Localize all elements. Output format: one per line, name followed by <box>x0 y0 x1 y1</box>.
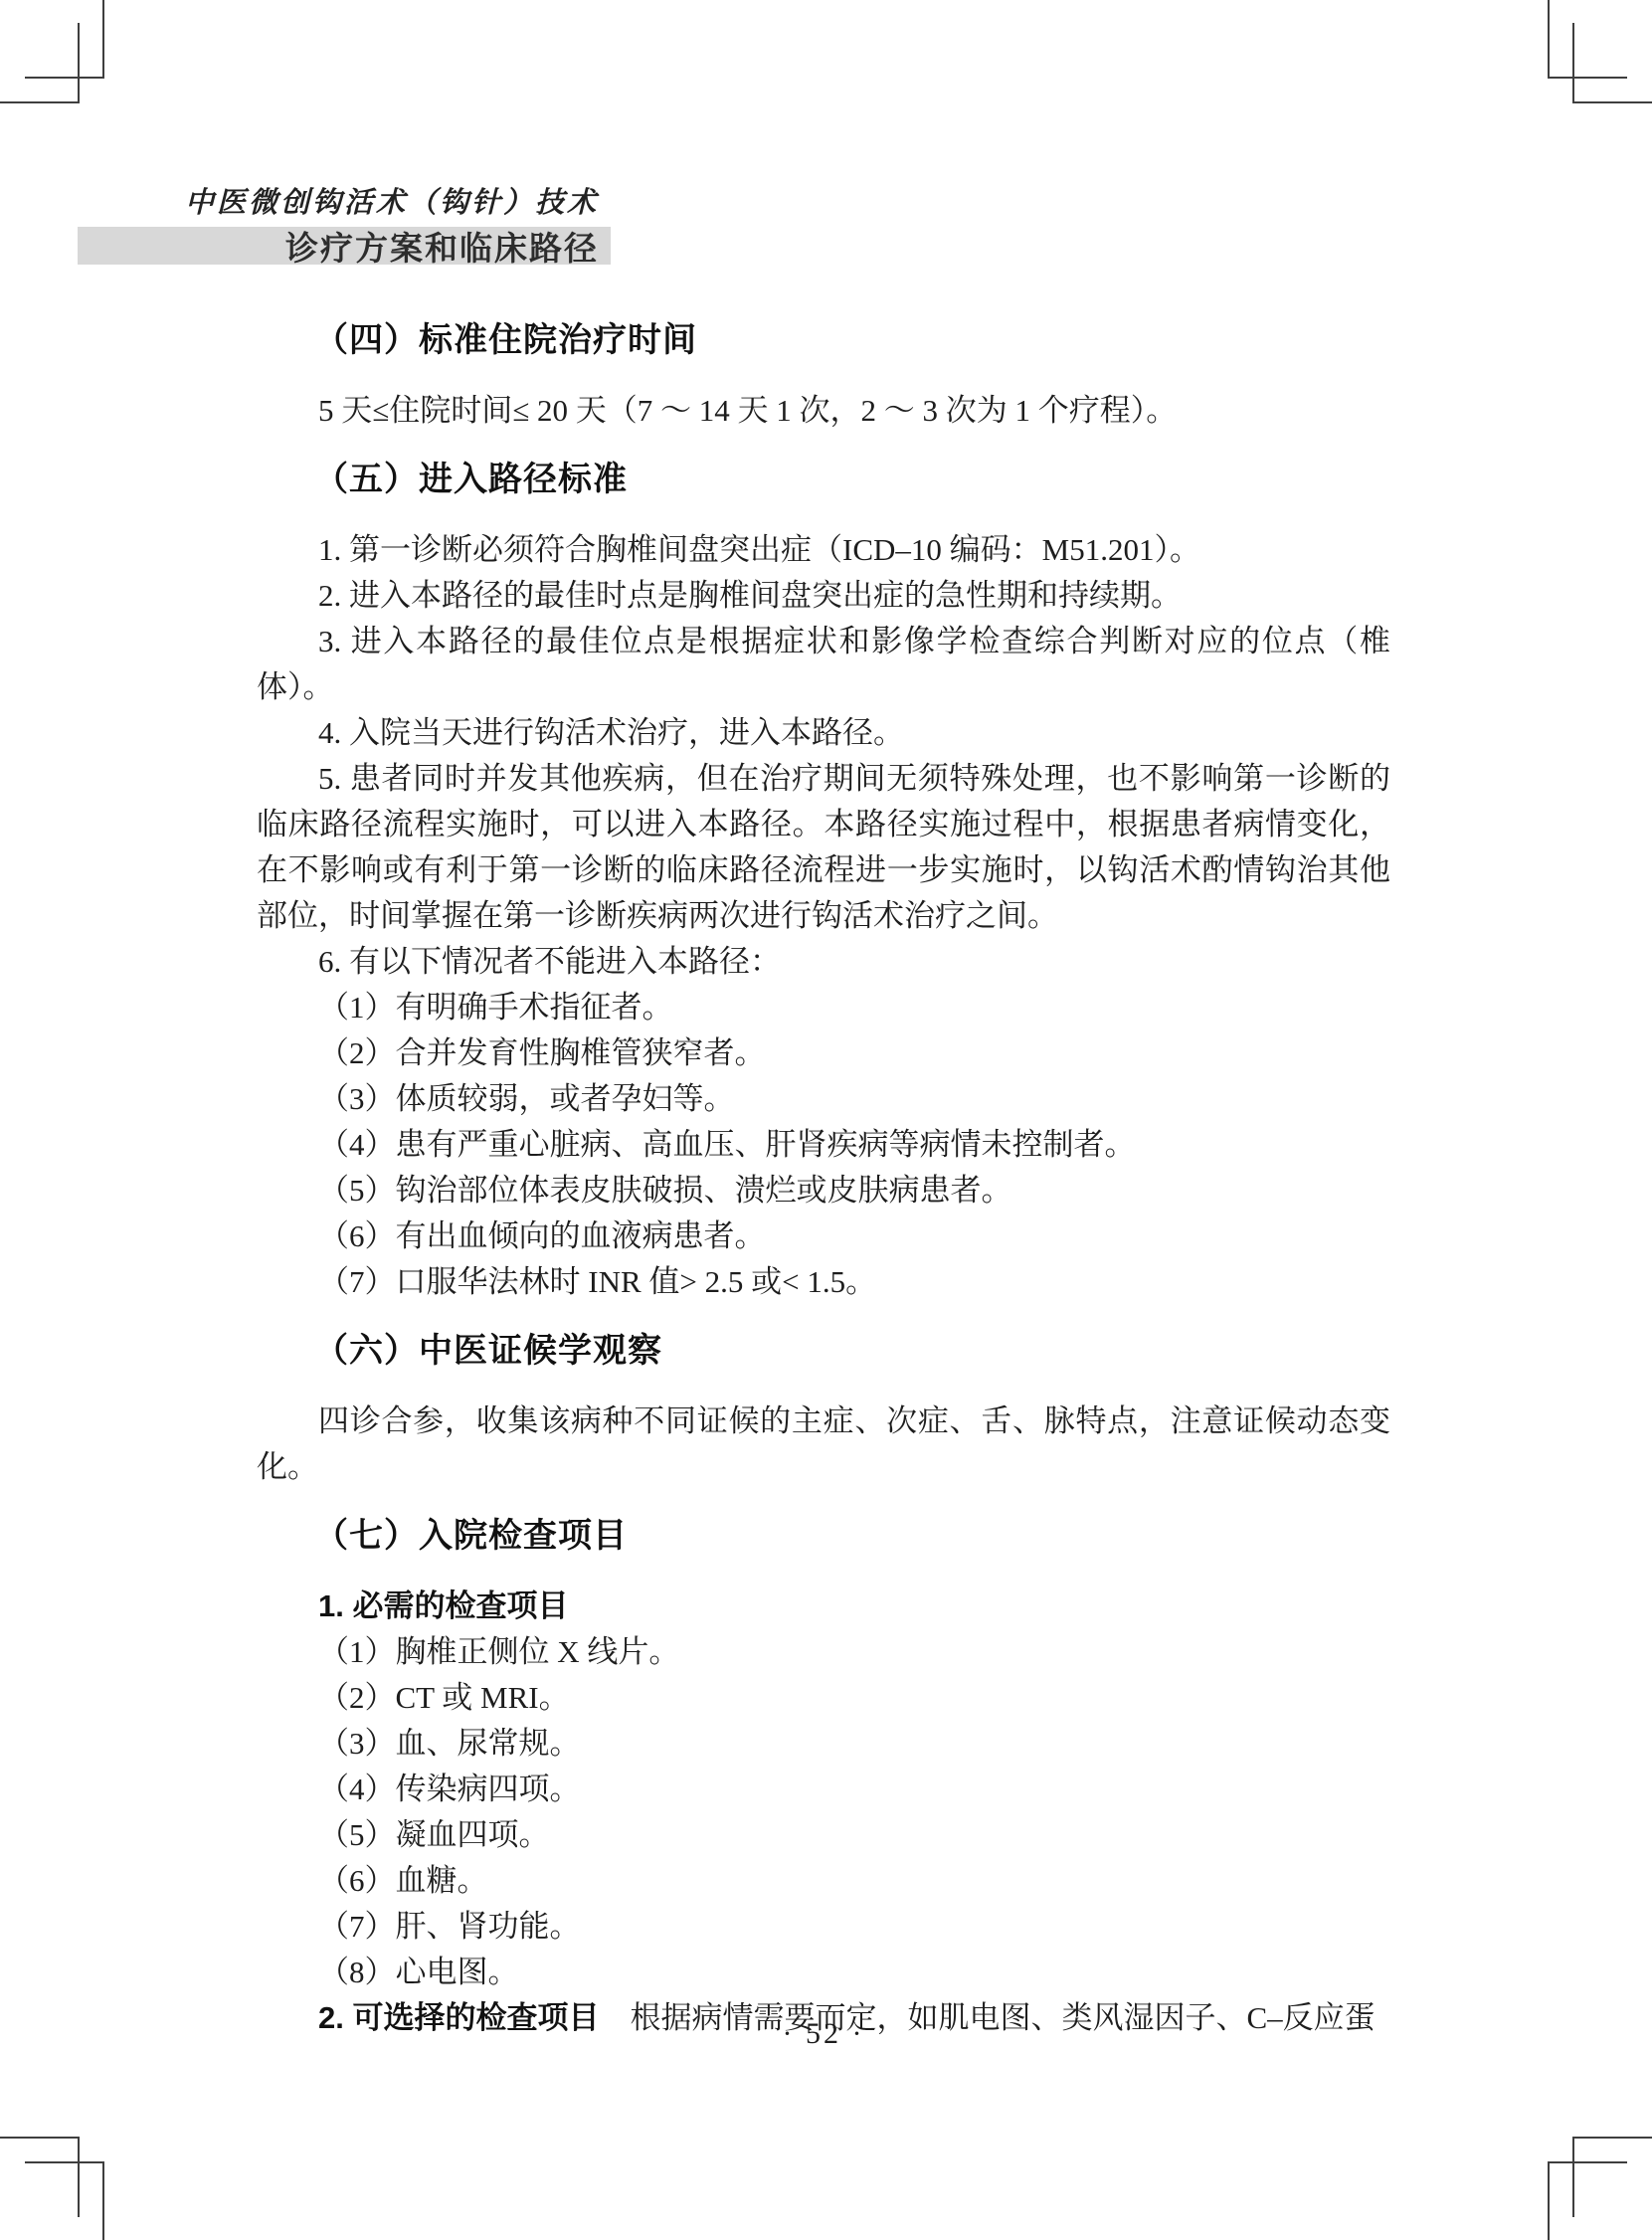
list-item: （5）钩治部位体表皮肤破损、溃烂或皮肤病患者。 <box>257 1168 1390 1213</box>
chapter-banner: 诊疗方案和临床路径 <box>78 227 611 265</box>
section-heading-6: （六）中医证候学观察 <box>257 1331 1390 1371</box>
list-item: 1. 第一诊断必须符合胸椎间盘突出症（ICD–10 编码：M51.201）。 <box>257 527 1390 573</box>
running-head-book-title: 中医微创钩活术（钩针）技术 <box>78 185 599 219</box>
list-item: （3）体质较弱，或者孕妇等。 <box>257 1076 1390 1122</box>
subsection-label-required-exams: 1. 必需的检查项目 <box>257 1584 1390 1629</box>
list-item: （5）凝血四项。 <box>257 1812 1390 1858</box>
section-heading-7: （七）入院检查项目 <box>257 1516 1390 1556</box>
crop-mark-top-right-inner <box>1572 23 1652 103</box>
section-heading-4: （四）标准住院治疗时间 <box>257 320 1390 360</box>
list-item: （7）肝、肾功能。 <box>257 1904 1390 1950</box>
section-heading-5: （五）进入路径标准 <box>257 460 1390 499</box>
list-item: （4）患有严重心脏病、高血压、肝肾疾病等病情未控制者。 <box>257 1122 1390 1168</box>
paragraph-tcm-observation: 四诊合参，收集该病种不同证候的主症、次症、舌、脉特点，注意证候动态变化。 <box>257 1399 1390 1490</box>
book-page: 中医微创钩活术（钩针）技术 诊疗方案和临床路径 （四）标准住院治疗时间 5 天≤… <box>0 0 1652 2240</box>
list-item: 2. 进入本路径的最佳时点是胸椎间盘突出症的急性期和持续期。 <box>257 573 1390 619</box>
page-number: · 52 · <box>257 2017 1390 2051</box>
crop-mark-bottom-left-inner <box>0 2137 80 2217</box>
list-item: （1）胸椎正侧位 X 线片。 <box>257 1629 1390 1675</box>
list-item: （6）有出血倾向的血液病患者。 <box>257 1213 1390 1259</box>
list-item: （3）血、尿常规。 <box>257 1721 1390 1767</box>
list-item: （7）口服华法林时 INR 值> 2.5 或< 1.5。 <box>257 1259 1390 1305</box>
list-item: 5. 患者同时并发其他疾病，但在治疗期间无须特殊处理，也不影响第一诊断的临床路径… <box>257 756 1390 939</box>
list-item: （2）CT 或 MRI。 <box>257 1675 1390 1721</box>
paragraph-standard-stay: 5 天≤住院时间≤ 20 天（7 ～ 14 天 1 次，2 ～ 3 次为 1 个… <box>257 388 1390 434</box>
list-item: 4. 入院当天进行钩活术治疗，进入本路径。 <box>257 710 1390 756</box>
list-item: （6）血糖。 <box>257 1858 1390 1904</box>
list-item: 6. 有以下情况者不能进入本路径： <box>257 939 1390 985</box>
list-item: 3. 进入本路径的最佳位点是根据症状和影像学检查综合判断对应的位点（椎体）。 <box>257 619 1390 710</box>
list-item: （2）合并发育性胸椎管狭窄者。 <box>257 1030 1390 1076</box>
list-item: （4）传染病四项。 <box>257 1767 1390 1812</box>
list-item: （8）心电图。 <box>257 1950 1390 1995</box>
chapter-banner-title: 诊疗方案和临床路径 <box>285 223 599 270</box>
page-content: （四）标准住院治疗时间 5 天≤住院时间≤ 20 天（7 ～ 14 天 1 次，… <box>257 294 1390 2041</box>
list-item: （1）有明确手术指征者。 <box>257 985 1390 1030</box>
crop-mark-bottom-right-inner <box>1572 2137 1652 2217</box>
crop-mark-top-left-inner <box>0 23 80 103</box>
